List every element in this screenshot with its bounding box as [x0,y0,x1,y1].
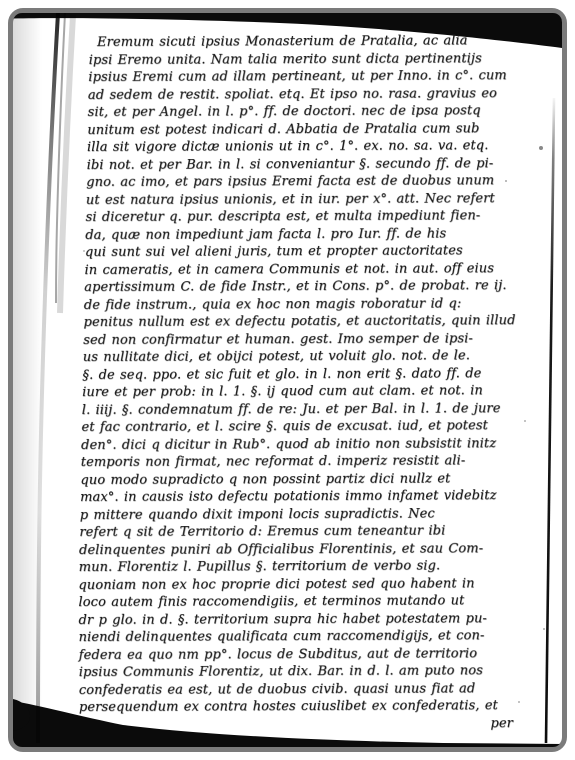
manuscript-line: delinquentes puniri ab Officialibus Flor… [79,540,534,559]
manuscript-line: refert q sit de Territorio d: Eremus cum… [79,522,534,541]
scanned-manuscript-page: Eremum sicuti ipsius Monasterium de Prat… [13,13,562,747]
manuscript-line: apertissimum C. de fide Instr., et in Co… [84,277,533,296]
manuscript-line: ipsi Eremo unita. Nam talia merito sunt … [89,50,532,69]
manuscript-line: sed non confirmatur et human. gest. Imo … [83,330,533,349]
manuscript-line: §. de seq. ppo. et sic fuit et glo. in l… [82,365,533,384]
manuscript-line: si diceretur q. pur. descripta est, et m… [86,207,533,226]
manuscript-line: dr p glo. in d. §. territorium supra hic… [79,610,535,629]
scan-dust-specks [13,13,15,15]
manuscript-line: ad sedem de restit. spoliat. etq. Et ips… [88,85,532,104]
manuscript-line: da, quæ non impediunt jam facta l. pro I… [85,225,533,244]
manuscript-line: iure et per prob: in l. 1. §. ij quod cu… [82,382,533,401]
manuscript-line: confederatis ea est, ut de duobus civib.… [79,680,535,699]
manuscript-line: quoniam non ex hoc proprie dici potest s… [78,575,534,594]
manuscript-line: de fide instrum., quia ex hoc non magis … [84,295,533,314]
manuscript-line: loco autem finis raccomendigiis, et term… [78,592,534,611]
manuscript-line: in cameratis, et in camera Communis et n… [84,260,533,279]
manuscript-line: ipsius Communis Florentiz, ut dix. Bar. … [79,662,535,681]
manuscript-line: l. iiij. §. condemnatum ff. de re: Ju. e… [82,400,534,419]
manuscript-line: us nullitate dici, et obijci potest, ut … [83,347,534,366]
manuscript-line: Eremum sicuti ipsius Monasterium de Prat… [97,32,532,51]
manuscript-line: ipsius Eremi cum ad illam pertineant, ut… [88,67,532,86]
manuscript-line: temporis non firmat, nec reformat d. imp… [81,452,534,471]
manuscript-line: ut est natura ipsius unionis, et in iur.… [86,190,533,209]
manuscript-line: penitus nullum est ex defectu potatis, e… [84,312,534,331]
manuscript-line: qui sunt sui vel alieni juris, tum et pr… [85,242,533,261]
manuscript-line: persequendum ex contra hostes cuiuslibet… [79,697,535,716]
manuscript-line: den°. dici q dicitur in Rub°. quod ab in… [81,435,534,454]
manuscript-line: max°. in causis isto defectu potationis … [80,487,534,506]
catchword: per [79,715,535,734]
manuscript-line: mun. Florentiz l. Pupillus §. territoriu… [79,557,535,576]
binding-gutter-shadow [13,13,47,747]
manuscript-line: unitum est potest indicari d. Abbatia de… [87,120,532,139]
manuscript-line: et fac contrario, et l. scire §. quis de… [81,417,533,436]
manuscript-line: niendi delinquentes qualificata cum racc… [79,627,535,646]
manuscript-text-block: Eremum sicuti ipsius Monasterium de Prat… [76,32,535,734]
manuscript-line: sit, et per Angel. in l. p°. ff. de doct… [88,102,533,121]
manuscript-line: gno. ac imo, et pars ipsius Eremi facta … [86,172,532,191]
manuscript-line: ibi not. et per Bar. in l. si conveniant… [87,155,533,174]
manuscript-line: quo modo supradicto q non possint partiz… [80,470,534,489]
manuscript-line: illa sit vigore dictæ unionis ut in c°. … [87,137,533,156]
manuscript-line: p mittere quando dixit imponi locis supr… [80,505,534,524]
manuscript-line: federa ea quo nm pp°. locus de Subditus,… [79,645,535,664]
